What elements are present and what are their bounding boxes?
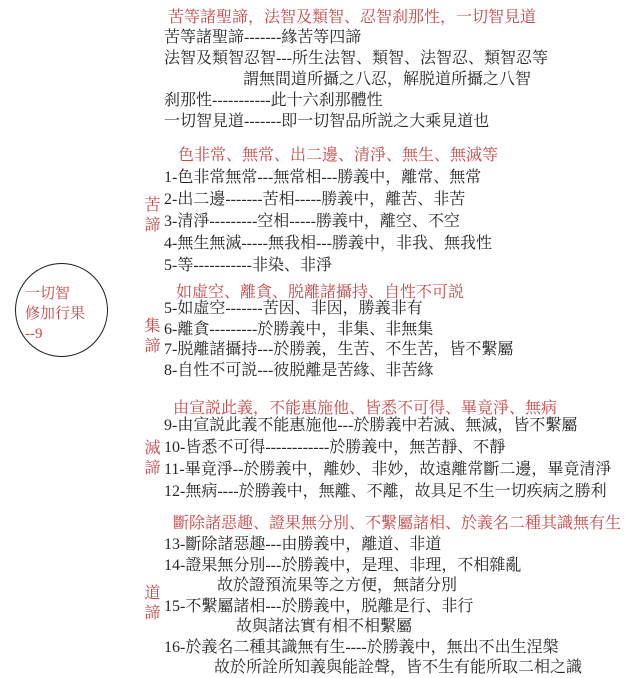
text-line-continuation: 謂無間道所攝之八忍，解脱道所攝之八智 <box>164 69 548 90</box>
text-line: 法智及類智忍智---所生法智、類智、法智忍、類智忍等 <box>164 48 548 69</box>
text-line: 9-由宣説此義不能惠施他---於勝義中若滅、無滅，皆不繫屬 <box>164 415 611 437</box>
section-header-intro: 苦等諸聖諦，法智及類智、忍智刹那性，一切智見道 <box>168 4 536 27</box>
root-node-text-line: --9 <box>25 324 107 344</box>
root-node-circle: 一切智 修加行果 --9 <box>15 263 108 357</box>
root-node-text-line: 一切智 <box>25 284 107 304</box>
text-line: 3-清淨---------空相-----勝義中，離空、不空 <box>164 211 492 233</box>
text-line: 6-離貪---------於勝義中，非集、非無集 <box>164 320 513 341</box>
section-header-suffering: 色非常、無常、出二邊、清淨、無生、無滅等 <box>178 142 498 165</box>
text-line: 1-色非常無常---無常相---勝義中，離常、無常 <box>164 167 492 189</box>
section-body-origin: 5-如虛空-------苦因、非因，勝義非有 6-離貪---------於勝義中… <box>164 299 513 381</box>
section-body-path: 13-斷除諸惡趣---由勝義中，離道、非道 14-證果無分別---於勝義中，是理… <box>164 535 582 678</box>
text-line: 苦等諸聖諦-------緣苦等四諦 <box>164 27 548 48</box>
text-line: 2-出二邊-------苦相-----勝義中，離苦、非苦 <box>164 189 492 211</box>
section-header-path: 斷除諸惡趣、證果無分別、不繫屬諸相、於義名二種其識無有生 <box>173 510 621 533</box>
text-line: 11-畢竟淨--於勝義中，離妙、非妙，故遠離常斷二邊，畢竟清淨 <box>164 459 611 481</box>
text-line: 8-自性不可説---彼脱離是苦緣、非苦緣 <box>164 361 513 382</box>
side-label-origin-truth: 集諦 <box>144 317 161 357</box>
diagram-canvas: 一切智 修加行果 --9 苦等諸聖諦，法智及類智、忍智刹那性，一切智見道 苦等諸… <box>0 0 633 678</box>
side-label-suffering-truth: 苦諦 <box>144 196 161 236</box>
text-line: 16-於義名二種其識無有生----於勝義中，無出不出生涅槃 <box>164 638 582 659</box>
text-line: 一切智見道-------即一切智品所説之大乘見道也 <box>164 111 548 132</box>
text-line: 刹那性-----------此十六刹那體性 <box>164 90 548 111</box>
text-line: 13-斷除諸惡趣---由勝義中，離道、非道 <box>164 535 582 556</box>
root-node-text-line: 修加行果 <box>25 304 107 324</box>
text-line: 7-脱離諸攝持---於勝義，生苦、不生苦，皆不繫屬 <box>164 340 513 361</box>
text-line: 15-不繫屬諸相---於勝義中，脱離是行、非行 <box>164 597 582 618</box>
text-line: 5-等-----------非染、非淨 <box>164 255 492 277</box>
text-line-continuation: 故於證預流果等之方便，無諸分別 <box>164 576 582 597</box>
side-label-cessation-truth: 滅諦 <box>144 439 161 479</box>
text-line: 14-證果無分別---於勝義中，是理、非理，不相雜亂 <box>164 556 582 577</box>
text-line: 10-皆悉不可得------------於勝義中，無苦靜、不靜 <box>164 437 611 459</box>
text-line: 12-無病----於勝義中，無離、不離，故具足不生一切疾病之勝利 <box>164 481 611 503</box>
section-body-suffering: 1-色非常無常---無常相---勝義中，離常、無常 2-出二邊-------苦相… <box>164 167 492 277</box>
text-line: 4-無生無滅-----無我相---勝義中，非我、無我性 <box>164 233 492 255</box>
section-body-intro: 苦等諸聖諦-------緣苦等四諦 法智及類智忍智---所生法智、類智、法智忍、… <box>164 27 548 132</box>
section-body-cessation: 9-由宣説此義不能惠施他---於勝義中若滅、無滅，皆不繫屬 10-皆悉不可得--… <box>164 415 611 503</box>
text-line-continuation: 故於所詮所知義與能詮聲，皆不生有能所取二相之識 <box>164 658 582 678</box>
text-line-continuation: 故與諸法實有相不相繫屬 <box>164 617 582 638</box>
text-line: 5-如虛空-------苦因、非因，勝義非有 <box>164 299 513 320</box>
side-label-path-truth: 道諦 <box>144 584 161 624</box>
